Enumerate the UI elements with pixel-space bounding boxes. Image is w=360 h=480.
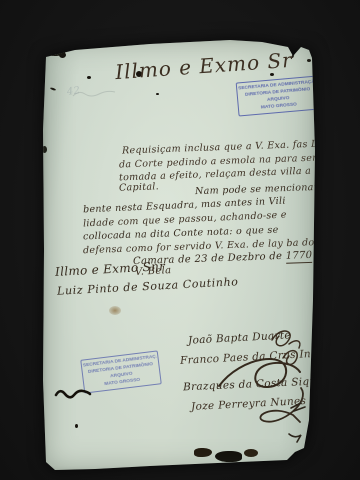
archive-stamp-top: SECRETARIA DE ADMINISTRAÇÃO DIRETORIA DE… (236, 75, 321, 116)
ink-speck (156, 93, 159, 95)
ink-speck (307, 59, 311, 62)
signature-2: Franco Paes da Crus Indes (180, 347, 331, 367)
ink-speck (50, 87, 56, 91)
stain (109, 306, 121, 315)
pencil-note: 42 (66, 85, 81, 98)
salutation: Illmo e Exmo Sr (114, 48, 293, 84)
signature-1: Joaõ Bapta Duarte (188, 329, 291, 346)
ink-speck (270, 73, 274, 76)
ink-speck (87, 76, 91, 79)
address-place: V. Bela (135, 265, 172, 278)
torn-corner-blotch-tail (59, 52, 66, 58)
archive-stamp-bottom: SECRETARIA DE ADMINISTRAÇÃO DIRETORIA DE… (80, 350, 162, 393)
edge-mark-left (42, 146, 47, 153)
photograph-of-manuscript: 42 Illmo e Exmo Sr SECRETARIA DE ADMINIS… (0, 0, 360, 480)
bottom-edge-blob (244, 449, 258, 457)
addressee-name: Luiz Pinto de Souza Coutinho (57, 275, 239, 297)
bottom-edge-blob (215, 451, 242, 462)
manuscript-line: Nam pode se mencionar (195, 182, 319, 197)
ink-dot (75, 424, 78, 428)
signature-4: Joze Perreyra Nunes (191, 395, 307, 413)
date-line-year: 1770 (286, 250, 313, 264)
manuscript-line: Capital. (119, 181, 159, 193)
paper-sheet: 42 Illmo e Exmo Sr SECRETARIA DE ADMINIS… (43, 38, 316, 472)
signature-3: Brazques da Costa Siqueira (183, 375, 339, 394)
bottom-edge-blob (194, 448, 212, 457)
corner-pen-mark (289, 434, 301, 442)
paper-surface: 42 Illmo e Exmo Sr SECRETARIA DE ADMINIS… (43, 38, 316, 472)
